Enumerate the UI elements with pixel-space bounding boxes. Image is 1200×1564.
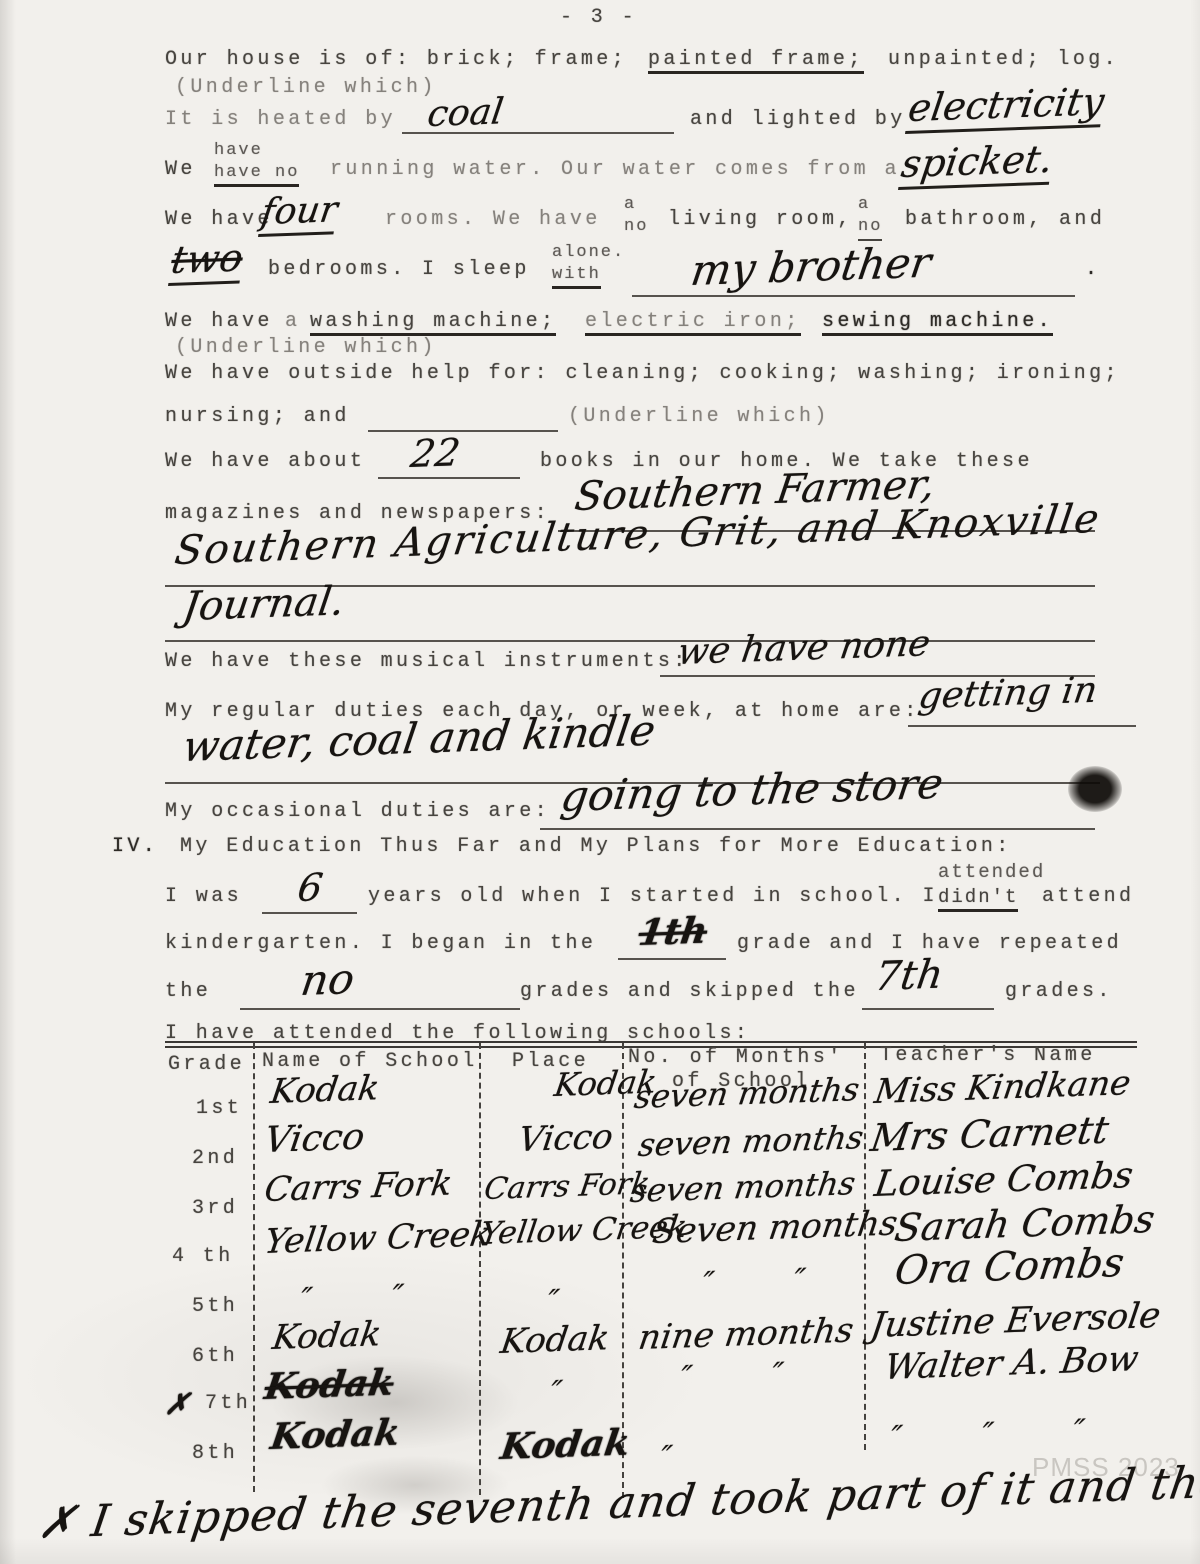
- row-grade: 1st: [196, 1097, 242, 1120]
- water-text: running water. Our water comes from a: [330, 158, 900, 181]
- row-teacher: Mrs Carnett: [868, 1108, 1112, 1160]
- blank-line: [165, 640, 1095, 642]
- underline-which-note: (Underline which): [175, 76, 437, 99]
- hw-grade-begun: 1th: [636, 910, 710, 954]
- row-months: seven months: [628, 1164, 858, 1210]
- instruments-label: We have these musical instruments:: [165, 650, 689, 673]
- blank-line: [632, 295, 1075, 297]
- row-grade-strike-mark: ✗: [163, 1387, 191, 1421]
- section-title: My Education Thus Far and My Plans for M…: [180, 835, 1012, 858]
- hw-spicket: spicket.: [898, 137, 1056, 190]
- choice-have-haveno: have have no: [214, 140, 299, 187]
- choice-alone: alone.: [552, 242, 625, 264]
- choice-no2: no: [858, 216, 882, 241]
- blank-line: [240, 1008, 520, 1010]
- books-text1: We have about: [165, 450, 365, 473]
- hw-skipped: 7th: [872, 952, 946, 1000]
- row-place: ″: [548, 1375, 564, 1410]
- choice-no1: no: [624, 216, 648, 238]
- choice-didnt: didn't: [938, 885, 1018, 913]
- row-months: nine months: [636, 1311, 856, 1358]
- hw-magazines-3: Journal.: [180, 578, 348, 630]
- hw-repeated: no: [298, 954, 358, 1005]
- table-column-divider: [253, 1043, 255, 1492]
- hw-age: 6: [295, 865, 326, 910]
- row-school-name: Carrs Fork: [262, 1164, 455, 1210]
- choice-a2: a: [858, 194, 870, 216]
- row-teacher: Miss Kindkane: [872, 1063, 1133, 1112]
- occasional-label: My occasional duties are:: [165, 800, 550, 823]
- blank-line: [262, 912, 357, 914]
- blank-line: [368, 430, 558, 432]
- row-place: ″: [545, 1284, 561, 1319]
- choice-a-no-living: a no: [624, 194, 648, 238]
- choice-attended: attended: [938, 860, 1045, 885]
- blank-line: [618, 958, 726, 960]
- scanned-questionnaire-page: - 3 - Our house is of: brick; frame; pai…: [0, 0, 1200, 1564]
- choice-attended-didnt: attended didn't: [938, 860, 1045, 912]
- house-line-underlined: painted frame;: [648, 48, 864, 74]
- row-teacher: Louise Combs: [872, 1155, 1136, 1205]
- rooms-text4: bathroom, and: [905, 208, 1105, 231]
- header-months-1: No. of Months': [628, 1046, 844, 1069]
- row-months: seven months: [632, 1070, 862, 1116]
- grades-text2: grades and skipped the: [520, 980, 859, 1003]
- age-text3: attend: [1042, 885, 1134, 908]
- row-teacher: Justine Eversole: [868, 1296, 1163, 1346]
- hw-electricity: electricity: [905, 79, 1107, 134]
- row-teacher: ″ ″ ″: [888, 1413, 1087, 1455]
- choice-a-no-bathroom: a no: [858, 194, 882, 241]
- appliances-a: a: [285, 310, 300, 333]
- house-line-post: unpainted; log.: [888, 48, 1119, 71]
- row-months: Seven months: [650, 1204, 900, 1252]
- nursing-text: nursing; and: [165, 405, 350, 428]
- hw-instruments: we have none: [675, 623, 933, 673]
- kindergarten-text1: kindergarten. I began in the: [165, 932, 596, 955]
- row-months: ″: [658, 1440, 674, 1475]
- row-grade: 5th: [192, 1295, 238, 1318]
- choice-alone-with: alone. with: [552, 242, 625, 289]
- ink-blot: [1068, 766, 1122, 812]
- bedrooms-text: bedrooms. I sleep: [268, 258, 530, 281]
- hw-occasional: going to the store: [558, 759, 946, 821]
- age-text2: years old when I started in school. I: [368, 885, 938, 908]
- age-text1: I was: [165, 885, 242, 908]
- page-number: - 3 -: [560, 6, 637, 29]
- rooms-text2: rooms. We have: [385, 208, 601, 231]
- row-grade: 7th: [205, 1392, 251, 1415]
- row-grade: 4 th: [172, 1245, 234, 1268]
- row-school-name: Kodak: [268, 1068, 382, 1112]
- grades-text1: the: [165, 980, 211, 1003]
- appliances-washing-machine: washing machine;: [310, 310, 556, 336]
- appliances-electric-iron: electric iron;: [585, 310, 801, 336]
- appliances-sewing-machine: sewing machine.: [822, 310, 1053, 336]
- header-grade: Grade: [168, 1053, 245, 1076]
- row-teacher: Ora Combs: [892, 1240, 1127, 1294]
- row-grade: 6th: [192, 1345, 238, 1368]
- nursing-underline-which: (Underline which): [568, 405, 830, 428]
- row-place: Kodak: [498, 1422, 633, 1468]
- row-teacher: Walter A. Bow: [882, 1339, 1141, 1388]
- row-grade: 3rd: [192, 1197, 238, 1220]
- water-we: We: [165, 158, 196, 181]
- hw-book-count: 22: [408, 430, 463, 476]
- choice-with: with: [552, 264, 601, 289]
- blank-line: [908, 725, 1136, 727]
- grades-text3: grades.: [1005, 980, 1113, 1003]
- row-school-name: ″ ″: [298, 1278, 405, 1317]
- row-school-name: Yellow Creek: [262, 1214, 494, 1262]
- row-school-name: Kodak: [270, 1314, 384, 1358]
- hw-duties-1: getting in: [916, 670, 1100, 717]
- row-months: ″ ″: [678, 1356, 785, 1395]
- heated-label: It is heated by: [165, 108, 396, 131]
- header-teacher: Teacher's Name: [880, 1044, 1096, 1067]
- row-months: ″ ″: [700, 1262, 807, 1301]
- hw-coal: coal: [425, 91, 506, 135]
- section-number: IV.: [112, 835, 158, 858]
- row-school-name: Vicco: [262, 1117, 367, 1161]
- row-school-name: Kodak: [268, 1412, 403, 1458]
- rooms-text3: living room,: [668, 208, 853, 231]
- row-grade: 2nd: [192, 1147, 238, 1170]
- blank-line: [378, 477, 520, 479]
- choice-have: have: [214, 140, 263, 162]
- hw-my-brother: my brother: [688, 238, 934, 295]
- underline-which-note2: (Underline which): [175, 336, 437, 359]
- table-column-divider: [864, 1043, 866, 1450]
- lighted-label: and lighted by: [690, 108, 906, 131]
- row-place: Carrs Fork: [482, 1166, 652, 1207]
- blank-line: [862, 1008, 994, 1010]
- house-line-pre: Our house is of: brick; frame;: [165, 48, 627, 71]
- row-school-name: Kodak: [262, 1362, 397, 1408]
- hw-two: two: [168, 236, 246, 286]
- row-place: Vicco: [516, 1117, 616, 1160]
- outside-help-line: We have outside help for: cleaning; cook…: [165, 362, 1120, 385]
- rooms-we-have: We have: [165, 208, 273, 231]
- blank-line: [540, 828, 1095, 830]
- row-months: seven months: [636, 1118, 866, 1164]
- choice-have-no: have no: [214, 162, 299, 187]
- choice-a1: a: [624, 194, 636, 216]
- hw-four: four: [258, 189, 340, 237]
- row-place: Kodak: [498, 1318, 612, 1362]
- appliances-we-have: We have: [165, 310, 273, 333]
- row-grade: 8th: [192, 1442, 238, 1465]
- sleep-period: .: [1085, 258, 1100, 281]
